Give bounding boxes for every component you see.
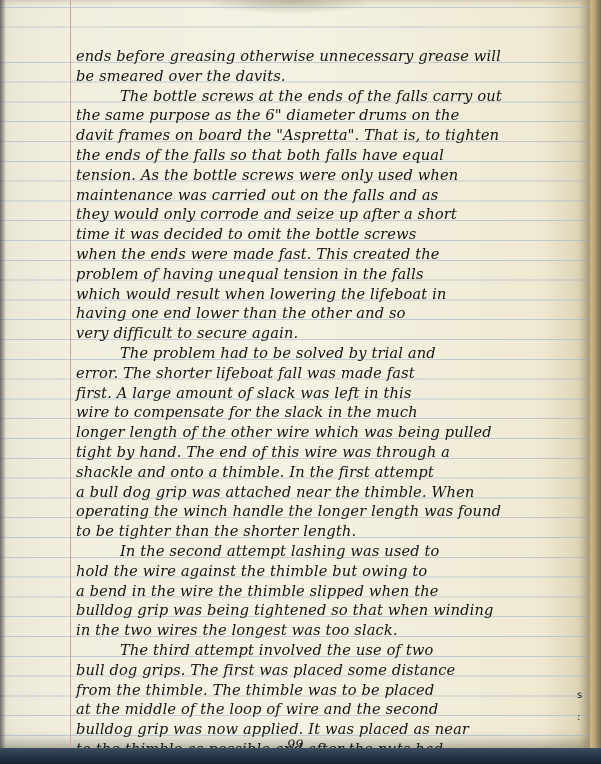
text-line: to be tighter than the shorter length. <box>76 522 581 542</box>
text-line: when the ends were made fast. This creat… <box>76 245 581 265</box>
text-line: tension. As the bottle screws were only … <box>76 166 581 186</box>
margin-line <box>70 0 71 748</box>
text-line: problem of having unequal tension in the… <box>76 265 581 285</box>
text-line: the ends of the falls so that both falls… <box>76 146 581 166</box>
text-line: bull dog grips. The first was placed som… <box>76 661 581 681</box>
page-edge <box>590 0 601 764</box>
scan-background <box>0 748 601 764</box>
text-line: having one end lower than the other and … <box>76 304 581 324</box>
text-line: The bottle screws at the ends of the fal… <box>76 87 581 107</box>
text-line: in the two wires the longest was too sla… <box>76 621 581 641</box>
notebook-page: ends before greasing otherwise unnecessa… <box>0 0 590 748</box>
text-line: a bull dog grip was attached near the th… <box>76 483 581 503</box>
text-line: from the thimble. The thimble was to be … <box>76 681 581 701</box>
text-line: The third attempt involved the use of tw… <box>76 641 581 661</box>
text-line: The problem had to be solved by trial an… <box>76 344 581 364</box>
text-line: a bend in the wire the thimble slipped w… <box>76 582 581 602</box>
edge-mark: s <box>577 690 582 701</box>
text-line: which would result when lowering the lif… <box>76 285 581 305</box>
text-line: longer length of the other wire which wa… <box>76 423 581 443</box>
text-line: time it was decided to omit the bottle s… <box>76 225 581 245</box>
text-line: tight by hand. The end of this wire was … <box>76 443 581 463</box>
text-line: shackle and onto a thimble. In the first… <box>76 463 581 483</box>
text-line: bulldog grip was now applied. It was pla… <box>76 720 581 740</box>
text-line: very difficult to secure again. <box>76 324 581 344</box>
text-line: hold the wire against the thimble but ow… <box>76 562 581 582</box>
text-line: davit frames on board the "Aspretta". Th… <box>76 126 581 146</box>
binding-shadow <box>0 0 6 748</box>
handwritten-text: ends before greasing otherwise unnecessa… <box>76 47 581 760</box>
text-line: In the second attempt lashing was used t… <box>76 542 581 562</box>
edge-mark: : <box>577 712 580 723</box>
text-line: first. A large amount of slack was left … <box>76 384 581 404</box>
text-line: operating the winch handle the longer le… <box>76 502 581 522</box>
text-line: be smeared over the davits. <box>76 67 581 87</box>
text-line: ends before greasing otherwise unnecessa… <box>76 47 581 67</box>
text-line: the same purpose as the 6" diameter drum… <box>76 106 581 126</box>
text-line: they would only corrode and seize up aft… <box>76 205 581 225</box>
text-line: error. The shorter lifeboat fall was mad… <box>76 364 581 384</box>
text-line: bulldog grip was being tightened so that… <box>76 601 581 621</box>
text-line: maintenance was carried out on the falls… <box>76 186 581 206</box>
text-line: wire to compensate for the slack in the … <box>76 403 581 423</box>
text-line: at the middle of the loop of wire and th… <box>76 700 581 720</box>
